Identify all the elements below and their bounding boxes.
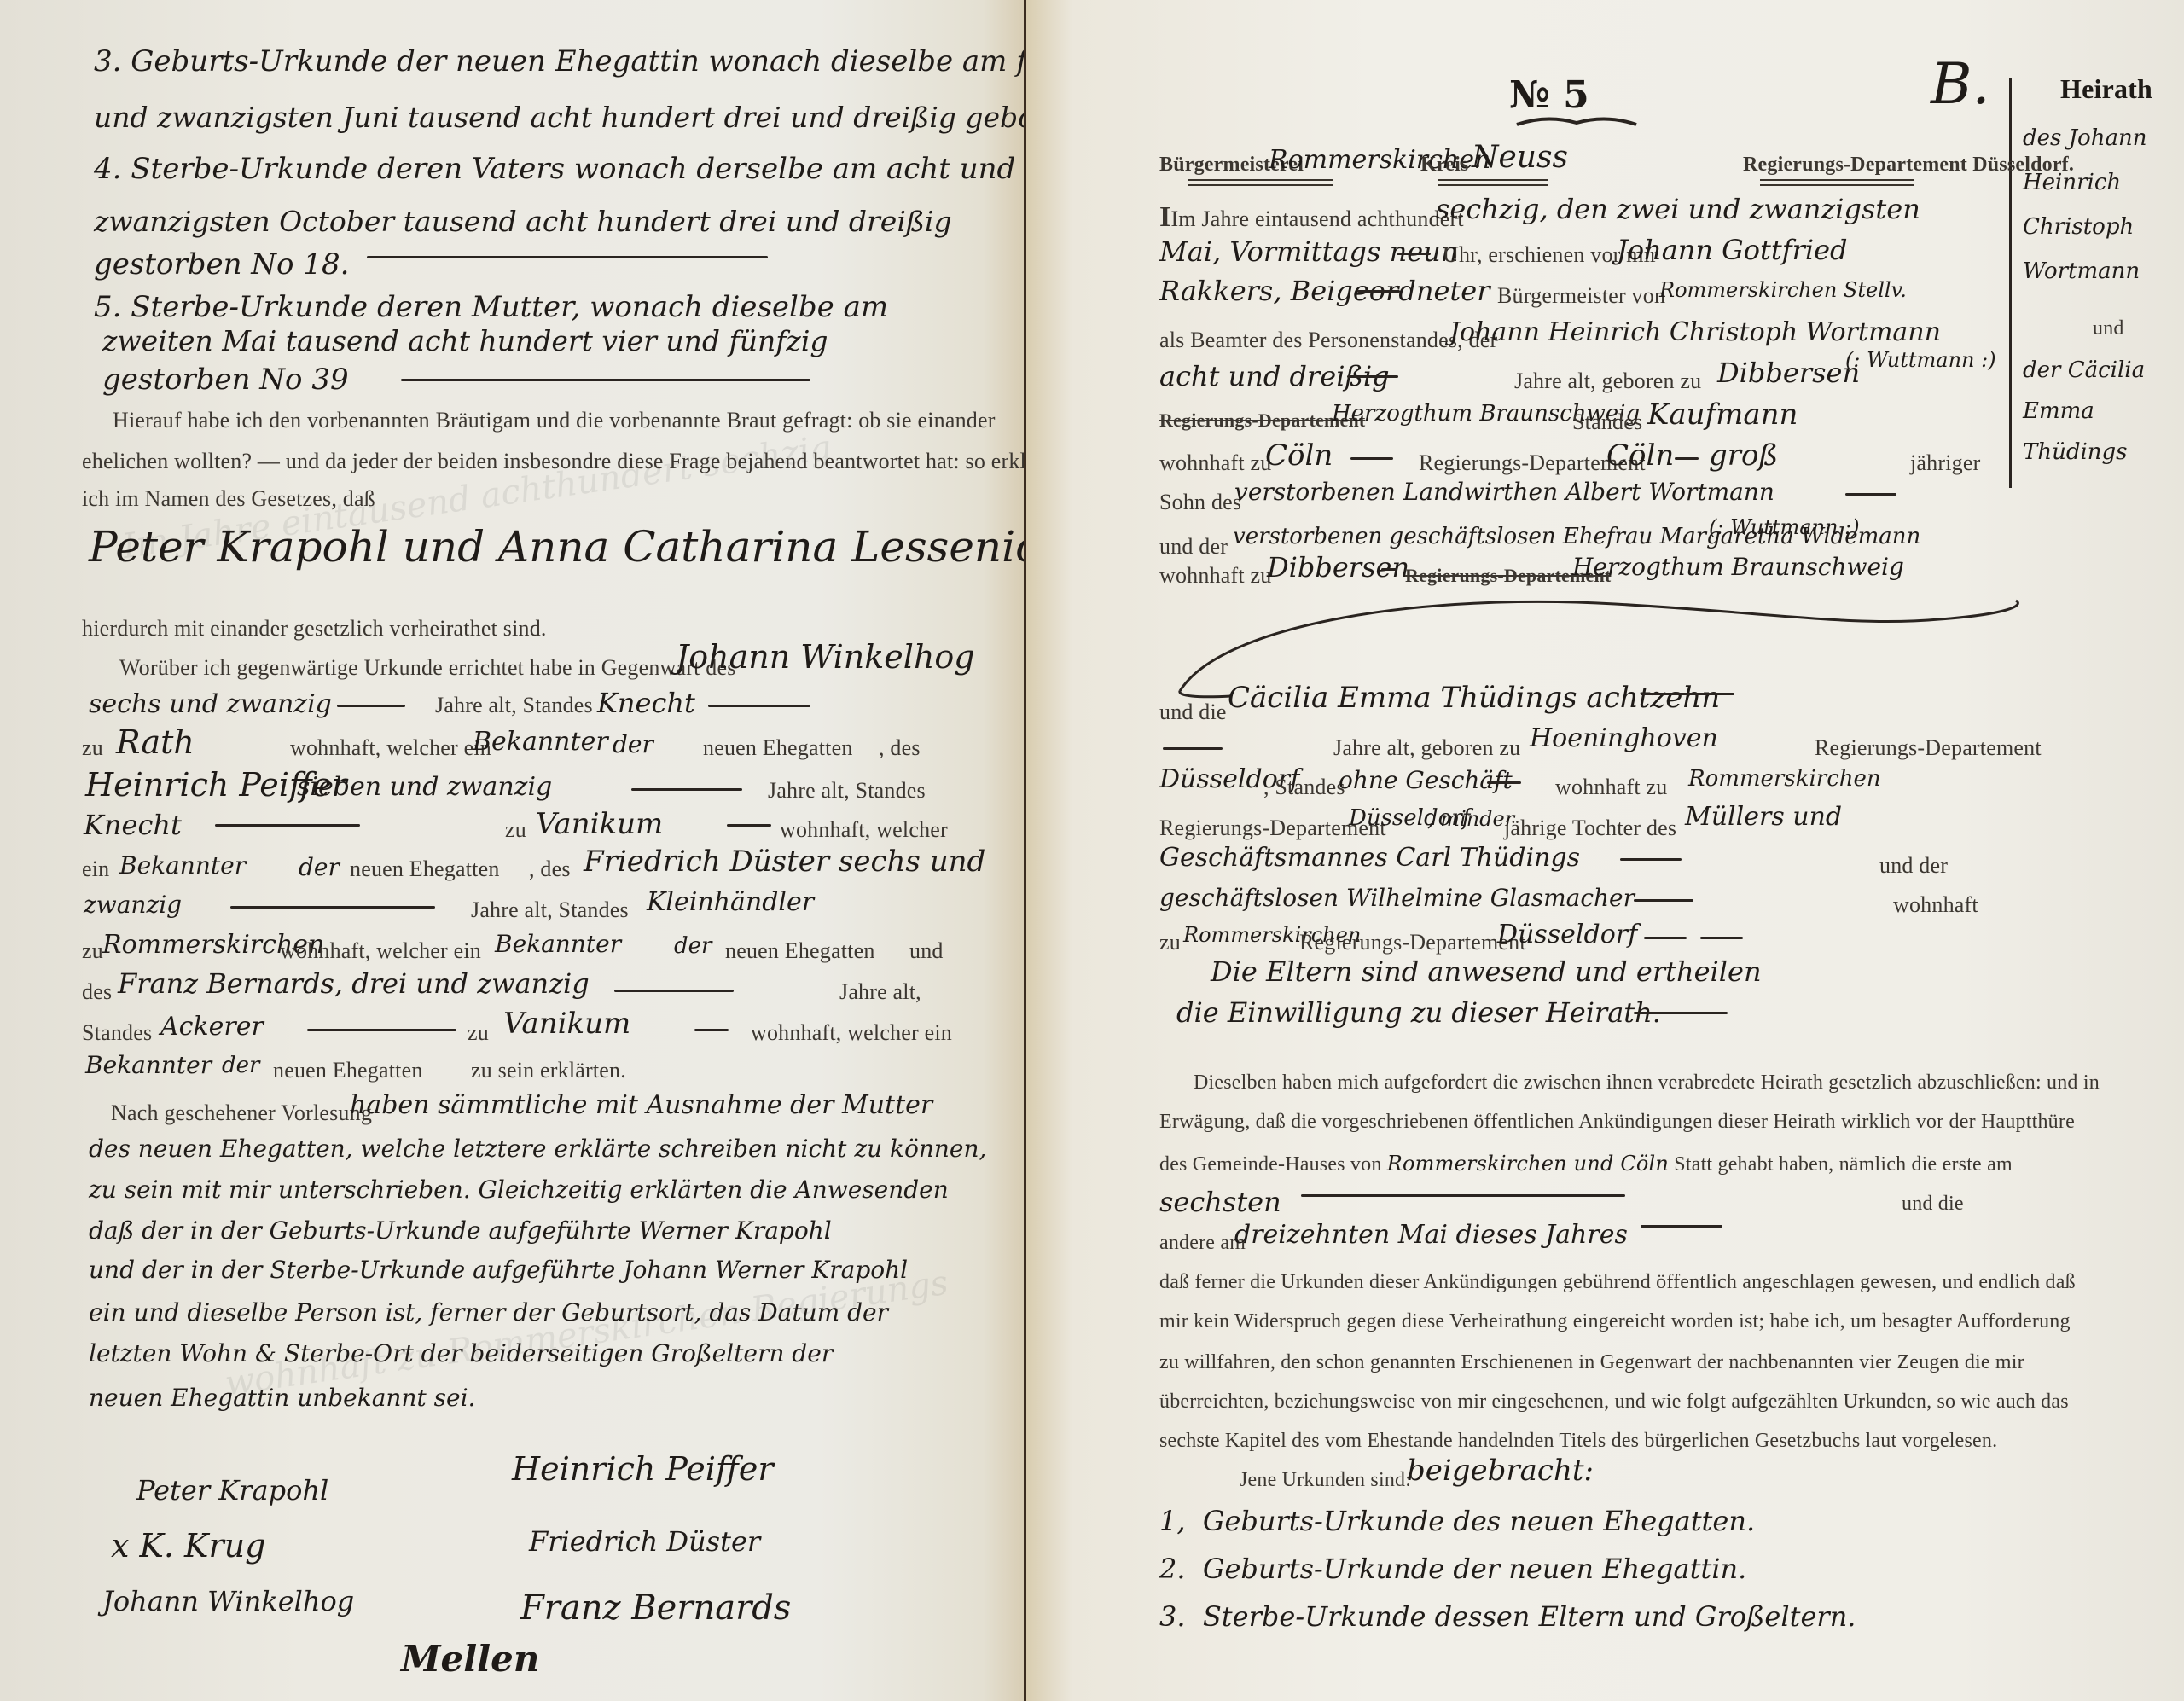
label-registrar: als Beamter des Personenstandes, der bbox=[1159, 328, 1497, 353]
fill-dash bbox=[367, 256, 768, 258]
witness-4-name: Franz Bernards, drei und zwanzig bbox=[118, 967, 590, 1000]
label-des-3: des bbox=[82, 979, 112, 1005]
father-name: verstorbenen Landwirthen Albert Wortmann bbox=[1234, 478, 1774, 506]
fill-dash bbox=[1163, 747, 1223, 750]
groom-majority: groß bbox=[1709, 438, 1778, 473]
proclamation-line-9: sechste Kapitel des vom Ehestande handel… bbox=[1159, 1430, 1997, 1453]
margin-und: und bbox=[2093, 317, 2124, 340]
label-son-of: Sohn des bbox=[1159, 490, 1241, 515]
left-page: Im Jahre eintausend achthundert sechzig … bbox=[0, 0, 1024, 1701]
label-new-spouse: neuen Ehegatten bbox=[703, 735, 853, 761]
declaration-line-1: Hierauf habe ich den vorbenannten Bräuti… bbox=[113, 408, 996, 433]
label-and-the: und der bbox=[1159, 534, 1228, 560]
bride-birthplace: Hoeninghoven bbox=[1530, 723, 1718, 753]
fill-dash bbox=[1634, 899, 1693, 902]
label-zu-2: zu bbox=[505, 817, 526, 843]
proclamation-line-7: zu willfahren, den schon genannten Ersch… bbox=[1159, 1351, 2024, 1374]
label-dept3-bride: Regierungs-Departement bbox=[1299, 930, 1526, 955]
witness-4-article: der bbox=[222, 1053, 259, 1078]
groom-dept: Cöln bbox=[1606, 438, 1674, 473]
fill-dash bbox=[1381, 568, 1397, 571]
witness-2-status: Knecht bbox=[84, 809, 182, 841]
declaration-line-3: ich im Namen des Gesetzes, daß bbox=[82, 486, 375, 512]
doc-item-3-line1: 3. Geburts-Urkunde der neuen Ehegattin w… bbox=[94, 44, 1075, 78]
bride-status: ohne Geschäft bbox=[1339, 766, 1513, 794]
official-title: Rakkers, Beigeordneter bbox=[1159, 275, 1490, 307]
month-time: Mai, Vormittags neun bbox=[1159, 235, 1458, 268]
label-and-the-bride: und die bbox=[1159, 700, 1227, 725]
reading-line-1: haben sämmtliche mit Ausnahme der Mutter bbox=[350, 1090, 932, 1120]
fill-dash bbox=[401, 379, 810, 381]
parents-dept: Herzogthum Braunschweig bbox=[1572, 553, 1904, 581]
witness-intro: Worüber ich gegenwärtige Urkunde erricht… bbox=[119, 655, 736, 681]
margin-groom: des Johann Heinrich Christoph Wortmann bbox=[2023, 116, 2176, 293]
bride-residence: Rommerskirchen bbox=[1688, 766, 1881, 792]
fill-dash bbox=[1487, 781, 1521, 784]
label-des: , des bbox=[879, 735, 921, 761]
fill-dash bbox=[1350, 457, 1393, 460]
label-zu-4: zu bbox=[468, 1020, 489, 1046]
label-des-2: , des bbox=[529, 856, 571, 882]
label-new-spouse-2: neuen Ehegatten bbox=[350, 856, 500, 882]
underline bbox=[1438, 179, 1548, 181]
bride-mother: geschäftslosen Wilhelmine Glasmacher bbox=[1159, 884, 1635, 912]
signature-witness-1: Johann Winkelhog bbox=[102, 1585, 354, 1617]
witness-1-relation: Bekannter bbox=[473, 727, 608, 757]
fill-dash bbox=[631, 788, 742, 791]
label-age-status: Jahre alt, Standes bbox=[435, 693, 593, 718]
witness-3-relation: Bekannter bbox=[495, 930, 621, 958]
fill-dash bbox=[1301, 1194, 1625, 1197]
label-daughter: jährige Tochter des bbox=[1504, 816, 1676, 841]
label-residence-known: wohnhaft, welcher ein bbox=[290, 735, 491, 761]
right-page: № 5 B. Heirath des Johann Heinrich Chris… bbox=[1024, 0, 2184, 1701]
label-district: Kreis bbox=[1420, 154, 1469, 177]
documents-label: Jene Urkunden sind: bbox=[1240, 1469, 1411, 1492]
signature-witness-3: Friedrich Düster bbox=[529, 1525, 760, 1558]
label-resident-2: wohnhaft zu bbox=[1159, 563, 1271, 589]
witness-2-article: der bbox=[299, 853, 340, 881]
document-item-3: 3. Sterbe-Urkunde dessen Eltern und Groß… bbox=[1159, 1600, 1856, 1633]
second-proclamation-date: dreizehnten Mai dieses Jahres bbox=[1234, 1220, 1628, 1250]
label-department: Regierungs-Departement Düsseldorf. bbox=[1743, 154, 2074, 177]
label-majority: jähriger bbox=[1910, 450, 1980, 476]
witness-1-place: Rath bbox=[116, 723, 195, 761]
label-year: IIm Jahre eintausend achthundert bbox=[1159, 201, 1464, 234]
witness-3-age: zwanzig bbox=[84, 891, 182, 919]
doc-item-5-line1: 5. Sterbe-Urkunde deren Mutter, wonach d… bbox=[94, 290, 888, 324]
reading-label: Nach geschehener Vorlesung bbox=[111, 1100, 372, 1126]
margin-divider bbox=[2009, 78, 2012, 488]
reading-line-6: ein und dieselbe Person ist, ferner der … bbox=[89, 1298, 888, 1327]
fill-dash bbox=[614, 990, 734, 992]
underline bbox=[1760, 184, 1914, 186]
couple-names: Peter Krapohl und Anna Catharina Lesseni… bbox=[89, 522, 1066, 572]
doc-item-5-line2: zweiten Mai tausend acht hundert vier un… bbox=[102, 324, 828, 357]
reading-line-8: neuen Ehegattin unbekannt sei. bbox=[89, 1384, 475, 1412]
doc-item-4-line2: zwanzigsten October tausend acht hundert… bbox=[94, 205, 952, 238]
label-new-spouse-4: neuen Ehegatten bbox=[273, 1058, 423, 1083]
fill-dash bbox=[1700, 937, 1743, 939]
witness-4-status: Ackerer bbox=[160, 1012, 264, 1042]
mother-name: verstorbenen geschäftslosen Ehefrau Marg… bbox=[1233, 524, 1920, 549]
fill-dash bbox=[1641, 693, 1734, 695]
signature-official: Mellen bbox=[401, 1638, 539, 1680]
mayor-of: Rommerskirchen Stellv. bbox=[1659, 278, 1907, 302]
fill-dash bbox=[1641, 1225, 1722, 1228]
reading-line-3: zu sein mit mir unterschrieben. Gleichze… bbox=[89, 1176, 949, 1204]
fill-dash bbox=[307, 1029, 456, 1031]
fill-dash bbox=[708, 705, 810, 707]
reading-line-7: letzten Wohn & Sterbe-Ort der beiderseit… bbox=[89, 1339, 833, 1367]
witness-4-place: Vanikum bbox=[503, 1007, 630, 1041]
label-dept-bride: Regierungs-Departement bbox=[1815, 735, 2042, 761]
proclamation-line-6: mir kein Widerspruch gegen diese Verheir… bbox=[1159, 1310, 2071, 1333]
groom-alias: (: Wuttmann :) bbox=[1845, 348, 1996, 372]
label-age-born-bride: Jahre alt, geboren zu bbox=[1333, 735, 1520, 761]
parents-residence: Dibbersen bbox=[1267, 551, 1409, 583]
label-age-born: Jahre alt, geboren zu bbox=[1514, 369, 1701, 394]
underline bbox=[1438, 184, 1548, 186]
witness-1-age: sechs und zwanzig bbox=[89, 689, 332, 719]
proclamation-line-1: Dieselben haben mich aufgefordert die zw… bbox=[1194, 1071, 2100, 1094]
official-name: Johann Gottfried bbox=[1617, 234, 1848, 266]
witness-1-name: Johann Winkelhog bbox=[676, 638, 975, 676]
doc-item-5-line3: gestorben No 39 bbox=[102, 363, 349, 397]
doc-item-4-line3: gestorben No 18. bbox=[94, 247, 349, 282]
label-mayor: Bürgermeister von bbox=[1497, 283, 1665, 309]
label-and-the2-bride: und der bbox=[1879, 853, 1948, 879]
label-status: Standes bbox=[1572, 409, 1642, 435]
bride-father-line1: Müllers und bbox=[1685, 802, 1842, 832]
reading-line-4: daß der in der Geburts-Urkunde aufgeführ… bbox=[89, 1216, 832, 1245]
label-zu-bride: zu bbox=[1159, 930, 1181, 955]
witness-1-status: Knecht bbox=[597, 687, 695, 719]
proclamation-line-8: überreichten, beziehungsweise von mir ei… bbox=[1159, 1390, 2069, 1414]
fill-dash bbox=[1845, 493, 1896, 496]
label-resident: wohnhaft zu bbox=[1159, 450, 1271, 476]
groom-birthplace: Dibbersen bbox=[1717, 357, 1860, 389]
doc-item-4-line1: 4. Sterbe-Urkunde deren Vaters wonach de… bbox=[94, 152, 1015, 186]
proclamation-line-3: des Gemeinde-Hauses von Rommerskirchen u… bbox=[1159, 1152, 2013, 1176]
label-resident2-bride: wohnhaft bbox=[1893, 892, 1978, 918]
label-status-bride: , Standes bbox=[1263, 775, 1345, 800]
witness-3-name: Friedrich Düster sechs und bbox=[584, 845, 985, 879]
fill-dash bbox=[1620, 858, 1682, 861]
bride-parents-dept: Düsseldorf bbox=[1497, 920, 1637, 949]
document-item-1: 1, Geburts-Urkunde des neuen Ehegatten. bbox=[1159, 1505, 1755, 1537]
label-other: andere am bbox=[1159, 1232, 1246, 1255]
signature-witness-2: Heinrich Peiffer bbox=[512, 1450, 774, 1488]
groom-name: Johann Heinrich Christoph Wortmann bbox=[1449, 317, 1941, 347]
bride-majority: , minder bbox=[1427, 807, 1514, 831]
district-name: Neuss bbox=[1472, 140, 1568, 175]
fill-dash bbox=[1634, 1012, 1728, 1014]
bleed-through-text: wohnhaft zu Rommerskirchen Regierungs bbox=[223, 1263, 950, 1404]
fill-dash bbox=[1397, 253, 1431, 255]
label-resident-bride: wohnhaft zu bbox=[1555, 775, 1667, 800]
groom-residence: Cöln bbox=[1265, 438, 1333, 473]
proclamation-line-5: daß ferner die Urkunden dieser Ankündigu… bbox=[1159, 1271, 2076, 1294]
signature-bride: x K. Krug bbox=[111, 1527, 265, 1565]
fill-dash bbox=[215, 824, 360, 827]
reading-line-2: des neuen Ehegatten, welche letztere erk… bbox=[89, 1135, 986, 1163]
bride-father-line2: Geschäftsmannes Carl Thüdings bbox=[1159, 843, 1580, 873]
label-wohnhaft-welcher: wohnhaft, welcher bbox=[780, 817, 948, 843]
witness-1-article: der bbox=[613, 730, 653, 758]
doc-item-3-line2: und zwanzigsten Juni tausend acht hunder… bbox=[94, 101, 1178, 134]
label-standes: Standes bbox=[82, 1020, 152, 1046]
margin-title: Heirath bbox=[2060, 73, 2152, 105]
signature-groom: Peter Krapohl bbox=[136, 1474, 328, 1507]
label-wohnhaft-welcher-ein: wohnhaft, welcher ein bbox=[751, 1020, 952, 1046]
year-day: sechzig, den zwei und zwanzigsten bbox=[1436, 193, 1920, 225]
underline bbox=[1188, 179, 1333, 181]
label-zu-3: zu bbox=[82, 938, 103, 964]
fill-dash bbox=[1357, 290, 1400, 293]
underline bbox=[1760, 179, 1914, 181]
witness-4-relation: Bekannter bbox=[85, 1051, 212, 1079]
declaration-line-4: hierdurch mit einander gesetzlich verhei… bbox=[82, 616, 547, 642]
label-new-spouse-3: neuen Ehegatten bbox=[725, 938, 875, 964]
label-zu: zu bbox=[82, 735, 103, 761]
declaration-line-2: ehelichen wollten? — und da jeder der be… bbox=[82, 449, 1054, 474]
record-number: № 5 bbox=[1509, 73, 1589, 117]
label-ein: ein bbox=[82, 856, 109, 882]
witness-2-relation: Bekannter bbox=[119, 851, 246, 880]
margin-bride: der Cäcilia Emma Thüdings bbox=[2023, 350, 2176, 473]
label-age-status-2: Jahre alt, Standes bbox=[768, 778, 926, 804]
label-age-status-3: Jahre alt, Standes bbox=[471, 897, 629, 923]
label-jahre-alt: Jahre alt, bbox=[839, 979, 921, 1005]
witness-2-place: Vanikum bbox=[536, 807, 663, 841]
label-und: und bbox=[909, 938, 944, 964]
documents-value: beigebracht: bbox=[1407, 1454, 1594, 1488]
section-letter: B. bbox=[1931, 51, 1989, 117]
label-residence-known-3: wohnhaft, welcher ein bbox=[280, 938, 481, 964]
fill-dash bbox=[727, 824, 771, 827]
fill-dash bbox=[694, 1029, 729, 1031]
groom-status: Kaufmann bbox=[1647, 398, 1798, 432]
signature-witness-4: Franz Bernards bbox=[520, 1588, 791, 1628]
consent-line-2: die Einwilligung zu dieser Heirath. bbox=[1176, 996, 1661, 1029]
fill-dash bbox=[1347, 375, 1398, 378]
label-closing: zu sein erklärten. bbox=[471, 1058, 626, 1083]
bride-name: Cäcilia Emma Thüdings achtzehn bbox=[1228, 681, 1720, 715]
fill-dash bbox=[1644, 937, 1687, 939]
underline bbox=[1188, 184, 1333, 186]
fill-dash bbox=[1675, 457, 1699, 460]
document-item-2: 2. Geburts-Urkunde der neuen Ehegattin. bbox=[1159, 1553, 1746, 1585]
fill-dash bbox=[337, 705, 405, 707]
first-proclamation-date: sechsten bbox=[1159, 1186, 1281, 1218]
consent-line-1: Die Eltern sind anwesend und ertheilen bbox=[1211, 955, 1762, 988]
proclamation-line-2: Erwägung, daß die vorgeschriebenen öffen… bbox=[1159, 1111, 2075, 1134]
number-flourish bbox=[1513, 114, 1641, 131]
proclamation-place: Rommerskirchen und Cöln bbox=[1387, 1152, 1669, 1176]
label-and-the-second: und die bbox=[1902, 1193, 1964, 1216]
witness-2-age: sieben und zwanzig bbox=[297, 772, 552, 802]
witness-3-article: der bbox=[674, 933, 712, 959]
fill-dash bbox=[230, 906, 435, 909]
reading-line-5: und der in der Sterbe-Urkunde aufgeführt… bbox=[89, 1256, 908, 1284]
witness-3-status: Kleinhändler bbox=[647, 887, 814, 917]
